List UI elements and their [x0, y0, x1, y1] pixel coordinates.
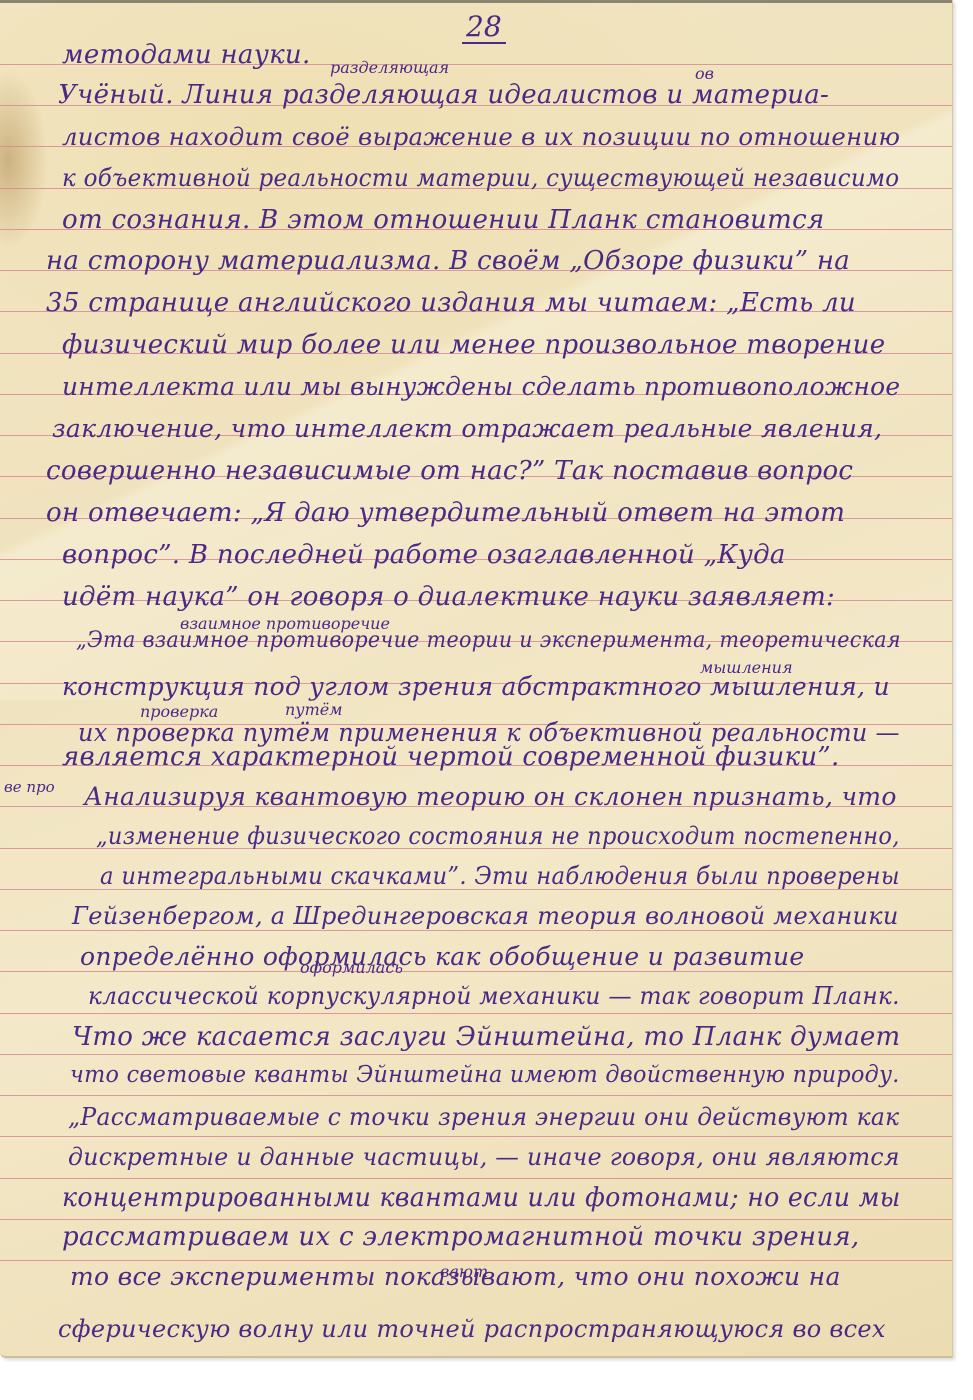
text-line: а интегральными скачками”. Эти наблюдени… [100, 862, 900, 890]
text-line: листов находит своё выражение в их позиц… [62, 122, 900, 151]
ruled-line [0, 1178, 952, 1179]
text-line: рассматриваем их с электромагнитной точк… [62, 1222, 859, 1252]
text-line: он отвечает: „Я даю утвердительный ответ… [46, 498, 845, 528]
text-line: Гейзенбергом, а Шредингеровская теория в… [72, 902, 899, 930]
text-line: „изменение физического состояния не прои… [96, 822, 900, 850]
text-line: конструкция под углом зрения абстрактног… [62, 672, 890, 701]
text-line: совершенно независимые от нас?” Так пост… [46, 456, 853, 486]
text-line: интеллекта или мы вынуждены сделать прот… [62, 372, 900, 401]
ruled-line [0, 1013, 952, 1014]
text-line: к объективной реальности материи, сущест… [62, 163, 899, 192]
text-line: „Эта взаимное противоречие теории и эксп… [76, 628, 901, 653]
ruled-line [0, 1219, 952, 1220]
text-line: Учёный. Линия разделяющая идеалистов и м… [58, 80, 829, 110]
text-line: методами науки. [62, 40, 311, 70]
ruled-line [0, 971, 952, 972]
text-line: на сторону материализма. В своём „Обзоре… [46, 246, 850, 276]
text-line: то все эксперименты показывают, что они … [70, 1262, 841, 1291]
text-line: сферическую волну или точней распростран… [58, 1315, 886, 1343]
text-line: вопрос”. В последней работе озаглавленно… [62, 540, 786, 570]
text-line: „Рассматриваемые с точки зрения энергии … [68, 1103, 899, 1131]
text-line: что световые кванты Эйнштейна имеют двой… [70, 1062, 900, 1088]
ruled-line [0, 930, 952, 931]
text-line: от сознания. В этом отношении Планк стан… [62, 205, 825, 235]
text-line: идёт наука” он говоря о диалектике науки… [62, 582, 835, 612]
text-line: определённо оформилась как обобщение и р… [80, 942, 805, 971]
insertion-line-16b: путём [285, 700, 343, 719]
text-line: дискретные и данные частицы, — иначе гов… [68, 1143, 900, 1171]
page-number: 28 [462, 12, 506, 44]
scan-edge [0, 0, 952, 3]
ruled-line [0, 1095, 952, 1096]
text-line: концентрированными квантами или фотонами… [62, 1183, 901, 1213]
text-line: физический мир более или менее произволь… [62, 330, 885, 360]
ruled-line [0, 1054, 952, 1055]
text-line: является характерной чертой современной … [62, 742, 840, 772]
ruled-line [0, 1260, 952, 1261]
text-line: Анализируя квантовую теорию он склонен п… [84, 782, 897, 811]
margin-note: ве про [4, 778, 55, 796]
manuscript-page: 28 разделяющая ов взаимное противоречие … [0, 0, 953, 1358]
text-line: 35 странице английского издания мы читае… [46, 288, 856, 318]
text-line: классической корпускулярной механики — т… [88, 982, 900, 1010]
text-line: Что же касается заслуги Эйнштейна, то Пл… [72, 1022, 900, 1052]
insertion-line-1: разделяющая [330, 58, 449, 77]
ruled-line [0, 1136, 952, 1137]
text-line: заключение, что интеллект отражает реаль… [52, 414, 882, 443]
